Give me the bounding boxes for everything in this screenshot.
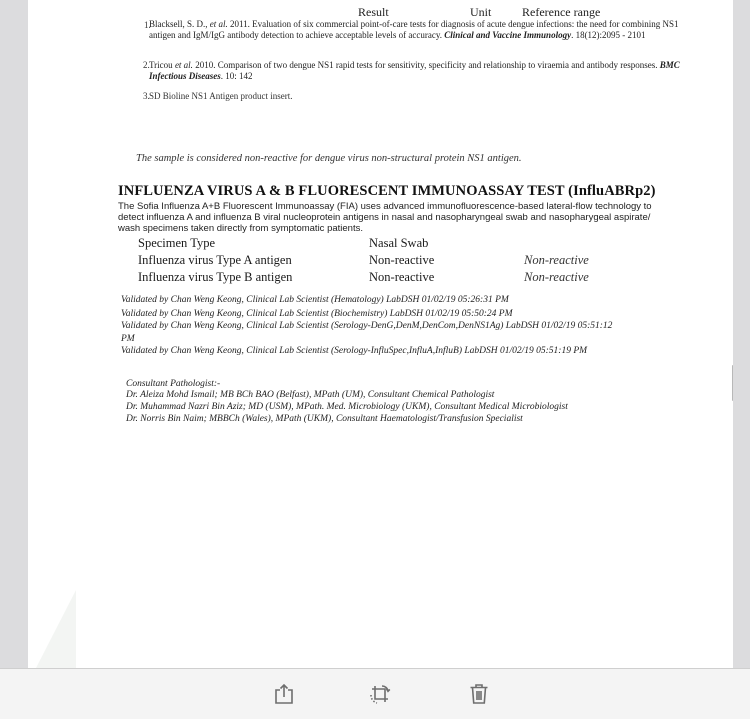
share-icon — [272, 682, 296, 706]
column-header-result: Result — [358, 5, 389, 20]
row-reference: Non-reactive — [524, 253, 589, 268]
crop-rotate-icon — [368, 682, 392, 706]
row-label: Specimen Type — [138, 236, 215, 251]
validation-line: Validated by Chan Weng Keong, Clinical L… — [121, 295, 509, 305]
right-margin — [733, 0, 750, 668]
column-header-reference: Reference range — [522, 5, 600, 20]
row-result: Non-reactive — [369, 270, 434, 285]
document-photo: Result Unit Reference range 1. Blacksell… — [28, 0, 733, 668]
validation-line: PM — [121, 334, 135, 344]
reference-item: SD Bioline NS1 Antigen product insert. — [149, 91, 293, 101]
section-description: The Sofia Influenza A+B Fluorescent Immu… — [118, 201, 658, 234]
consultant-entry: Dr. Muhammad Nazri Bin Aziz; MD (USM), M… — [126, 402, 568, 412]
trash-icon — [467, 682, 491, 706]
consultant-entry: Dr. Aleiza Mohd Ismail; MB BCh BAO (Belf… — [126, 390, 494, 400]
reference-item: Tricou et al. 2010. Comparison of two de… — [149, 60, 689, 82]
left-margin — [0, 0, 28, 668]
column-header-unit: Unit — [470, 5, 491, 20]
row-label: Influenza virus Type B antigen — [138, 270, 292, 285]
validation-line: Validated by Chan Weng Keong, Clinical L… — [121, 309, 513, 319]
validation-line: Validated by Chan Weng Keong, Clinical L… — [121, 321, 612, 331]
dengue-result-note: The sample is considered non-reactive fo… — [136, 153, 522, 164]
page-edge-mark — [732, 365, 733, 401]
validation-line: Validated by Chan Weng Keong, Clinical L… — [121, 346, 587, 356]
row-result: Nasal Swab — [369, 236, 428, 251]
row-label: Influenza virus Type A antigen — [138, 253, 292, 268]
section-title: INFLUENZA VIRUS A & B FLUORESCENT IMMUNO… — [118, 183, 656, 200]
consultant-entry: Dr. Norris Bin Naim; MBBCh (Wales), MPat… — [126, 414, 523, 424]
consultant-heading: Consultant Pathologist:- — [126, 379, 220, 389]
page-curl-shadow — [36, 590, 76, 668]
share-button[interactable] — [272, 682, 296, 706]
row-result: Non-reactive — [369, 253, 434, 268]
row-reference: Non-reactive — [524, 270, 589, 285]
crop-rotate-button[interactable] — [368, 682, 392, 706]
reference-item: Blacksell, S. D., et al. 2011. Evaluatio… — [149, 19, 679, 41]
bottom-toolbar — [0, 668, 750, 719]
delete-button[interactable] — [467, 682, 491, 706]
